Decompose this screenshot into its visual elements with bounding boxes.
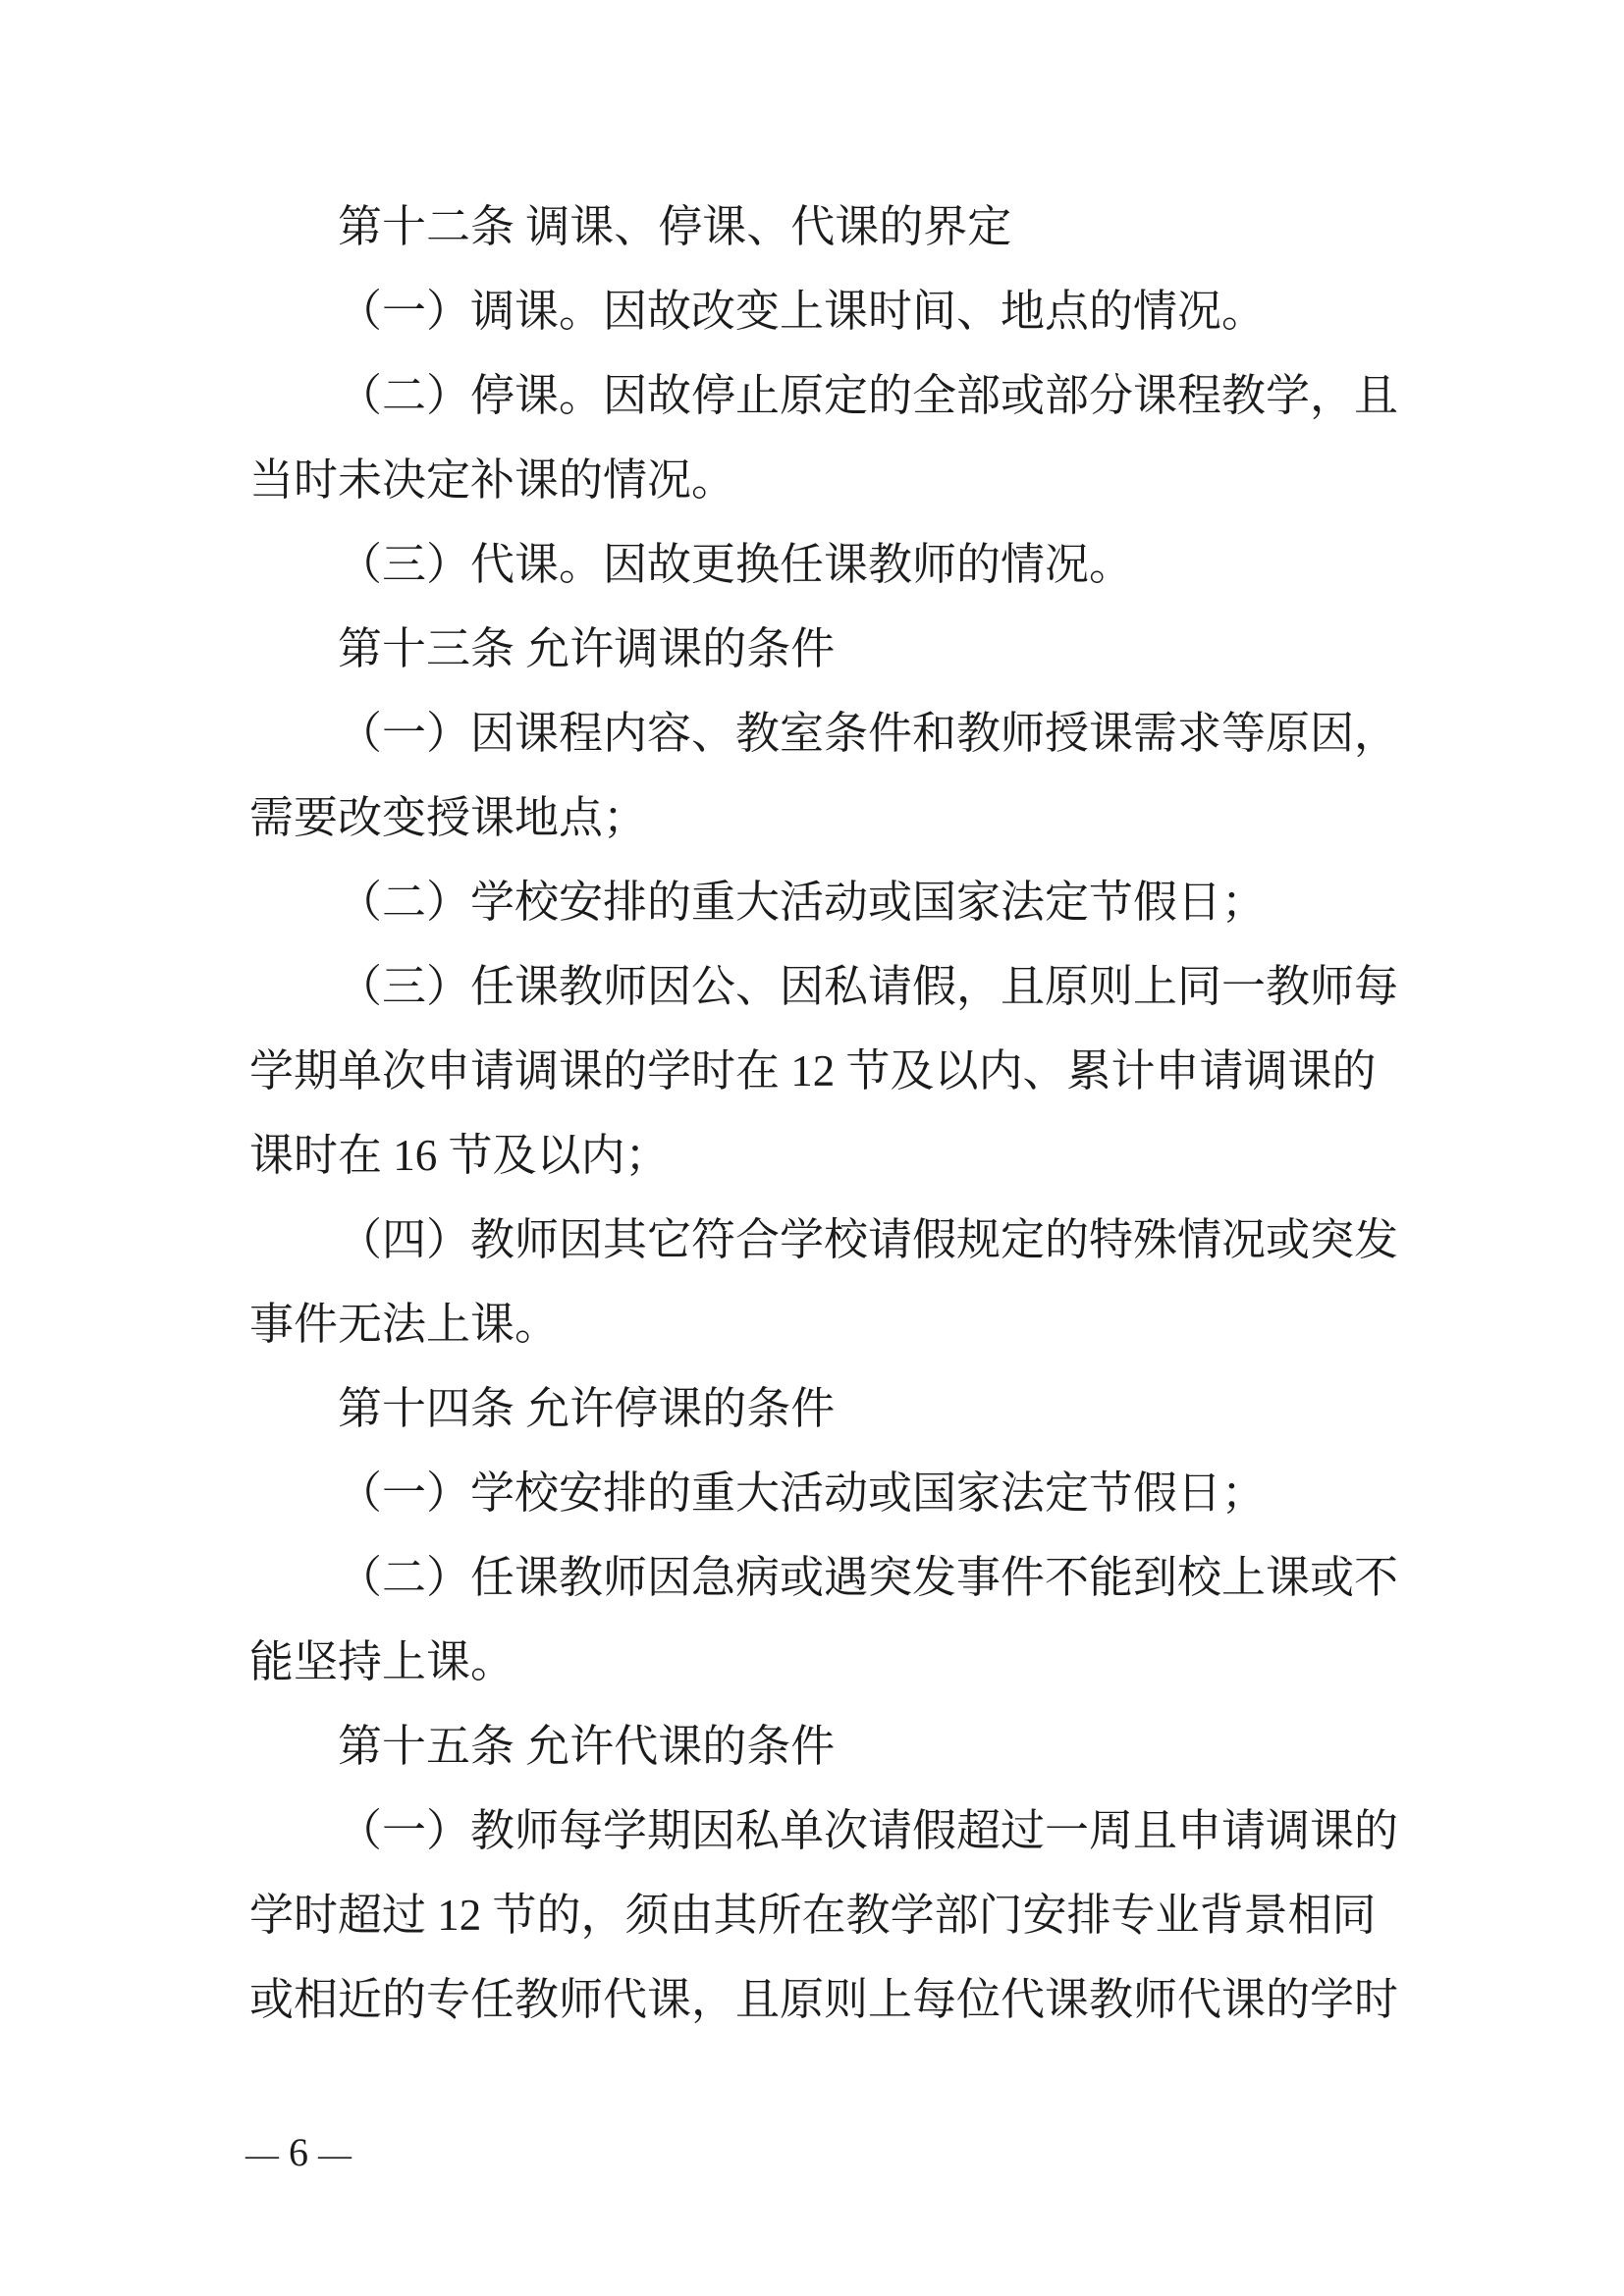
- page-footer: — 6 —: [245, 2128, 352, 2177]
- document-page: 第十二条 调课、停课、代课的界定（一）调课。因故改变上课时间、地点的情况。（二）…: [0, 0, 1624, 2296]
- text-line: （二）停课。因故停止原定的全部或部分课程教学，且: [249, 353, 1437, 438]
- text-line: 学期单次申请调课的学时在 12 节及以内、累计申请调课的: [249, 1029, 1437, 1113]
- footer-page-number: 6: [289, 2128, 308, 2177]
- text-line: （一）调课。因故改变上课时间、地点的情况。: [249, 269, 1437, 353]
- text-line: （二）学校安排的重大活动或国家法定节假日；: [249, 860, 1437, 944]
- text-line: （三）代课。因故更换任课教师的情况。: [249, 522, 1437, 607]
- text-line: （一）学校安排的重大活动或国家法定节假日；: [249, 1451, 1437, 1535]
- text-line: 第十三条 允许调课的条件: [249, 607, 1437, 691]
- text-line: 课时在 16 节及以内；: [249, 1113, 1437, 1198]
- text-line: 当时未决定补课的情况。: [249, 438, 1437, 522]
- text-line: 第十二条 调课、停课、代课的界定: [249, 185, 1437, 269]
- footer-dash-left: —: [245, 2131, 279, 2180]
- text-line: 学时超过 12 节的，须由其所在教学部门安排专业背景相同: [249, 1873, 1437, 1957]
- text-line: （四）教师因其它符合学校请假规定的特殊情况或突发: [249, 1198, 1437, 1282]
- text-line: （一）因课程内容、教室条件和教师授课需求等原因，: [249, 691, 1437, 775]
- text-line: 或相近的专任教师代课，且原则上每位代课教师代课的学时: [249, 1957, 1437, 2042]
- footer-dash-right: —: [318, 2131, 352, 2180]
- text-line: （一）教师每学期因私单次请假超过一周且申请调课的: [249, 1789, 1437, 1873]
- text-line: 第十四条 允许停课的条件: [249, 1366, 1437, 1451]
- text-line: 第十五条 允许代课的条件: [249, 1704, 1437, 1789]
- text-line: （三）任课教师因公、因私请假，且原则上同一教师每: [249, 944, 1437, 1029]
- text-line: 需要改变授课地点；: [249, 775, 1437, 860]
- text-line: 事件无法上课。: [249, 1282, 1437, 1366]
- document-body: 第十二条 调课、停课、代课的界定（一）调课。因故改变上课时间、地点的情况。（二）…: [249, 185, 1437, 2042]
- text-line: 能坚持上课。: [249, 1620, 1437, 1704]
- text-line: （二）任课教师因急病或遇突发事件不能到校上课或不: [249, 1535, 1437, 1620]
